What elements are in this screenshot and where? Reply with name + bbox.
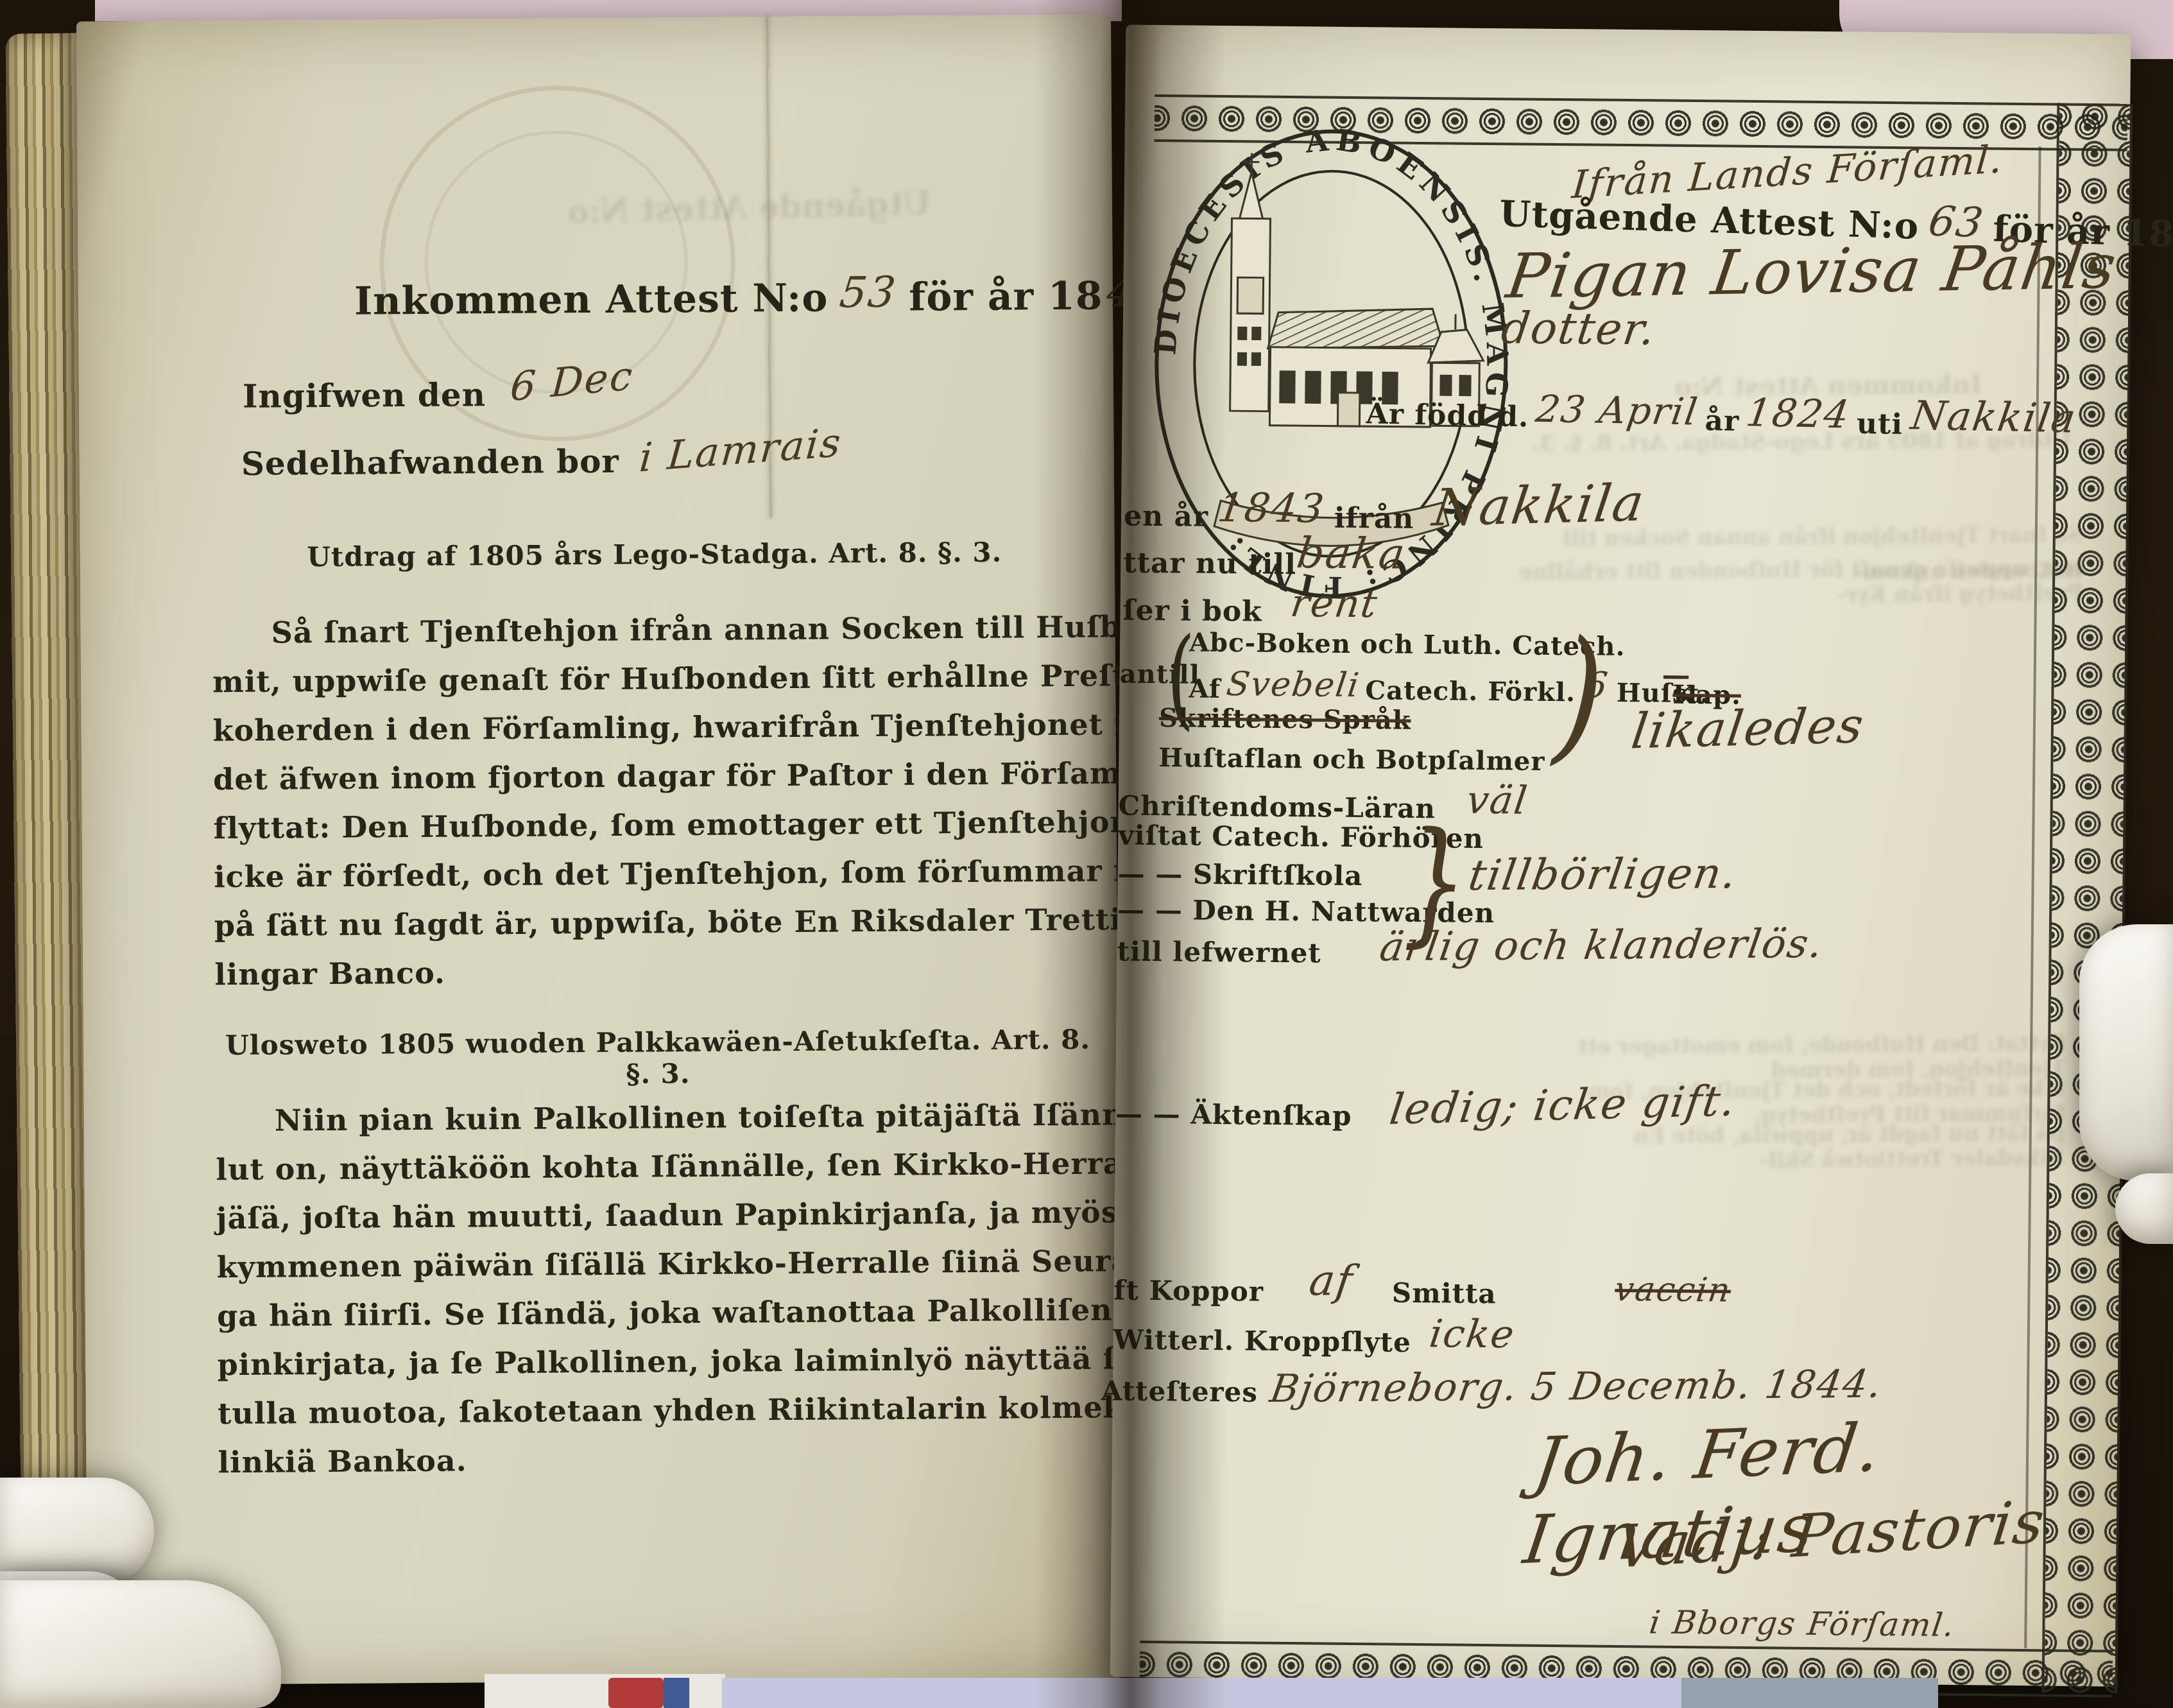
conduct-value-handwritten: ärlig och klanderlös. bbox=[1377, 920, 1827, 970]
table-strip-red-object bbox=[608, 1678, 664, 1708]
defect-value-handwritten: icke bbox=[1427, 1311, 1518, 1357]
right-page: Inkommen Attest N:o Utdrag af 1805 års L… bbox=[1110, 25, 2131, 1687]
finnish-line: ga hän ſiirſi. Se Iſändä, joka waſtanott… bbox=[217, 1286, 1106, 1341]
defect-label: Witterl. Kroppſlyte bbox=[1113, 1324, 1411, 1358]
received-label: Ingifwen den bbox=[243, 375, 486, 415]
swedish-line: icke är förſedt, och det Tjenſtehjon, ſo… bbox=[214, 847, 1103, 902]
holder-line: Sedelhafwanden bor i Lamrais bbox=[241, 433, 841, 485]
moves-value-handwritten: baka bbox=[1294, 528, 1409, 579]
conduct-label: till lefwernet bbox=[1117, 935, 1321, 969]
finnish-line: linkiä Bankoa. bbox=[218, 1432, 1106, 1487]
person-name-line2-handwritten: dotter. bbox=[1499, 303, 1659, 355]
left-title-mid: för år 18 bbox=[909, 274, 1103, 320]
finnish-line: lut on, näyttäköön kohta Iſännälle, ſen … bbox=[216, 1139, 1104, 1195]
left-title-number-handwritten: 53 bbox=[837, 268, 900, 318]
gloved-finger-left-upper bbox=[0, 1478, 154, 1585]
bleedthrough-right-4: mit, uppwiſe genaſt för Huſbonden ſitt e… bbox=[1506, 555, 2084, 610]
holder-label: Sedelhafwanden bor bbox=[241, 442, 619, 483]
finnish-line: kymmenen päiwän ſiſällä Kirkko-Herralle … bbox=[216, 1237, 1105, 1292]
left-title: Inkommen Attest N:o 53 för år 1844 bbox=[354, 270, 1106, 324]
conduct-line: till lefwernet ärlig och klanderlös. bbox=[1117, 923, 1823, 977]
attested-value-handwritten: Björneborg. 5 Decemb. 1844. bbox=[1267, 1362, 1886, 1411]
holder-value-handwritten: i Lamrais bbox=[637, 419, 843, 481]
embossed-stamp-inner bbox=[424, 130, 689, 395]
gloved-finger-right-tip bbox=[2115, 1173, 2173, 1244]
marriage-value-handwritten: ledig; icke gift. bbox=[1387, 1076, 1739, 1134]
book-photo: Utgående Attest N:o Inkommen Attest N:o … bbox=[0, 0, 2173, 1708]
swedish-line: lingar Banco. bbox=[214, 944, 1103, 999]
marriage-line: — — Äktenſkap ledig; icke gift. bbox=[1115, 1083, 1736, 1139]
signature-place-handwritten: i Bborgs Förſaml. bbox=[1647, 1604, 1957, 1644]
knows-item2-author-handwritten: Svebeli bbox=[1224, 665, 1362, 705]
attended-value-handwritten: tillbörligen. bbox=[1465, 849, 1740, 900]
moves-label: ttar nu till bbox=[1123, 547, 1296, 582]
left-title-prefix: Inkommen Attest N:o bbox=[354, 275, 829, 323]
swedish-line: mit, uppwiſe genaſt för Huſbonden ſitt e… bbox=[212, 651, 1101, 707]
knows-note-handwritten: likaledes bbox=[1628, 696, 1868, 759]
born-label3: uti bbox=[1857, 408, 1903, 441]
marriage-label: — — Äktenſkap bbox=[1115, 1098, 1352, 1132]
knows-item3-struck: Skriftenes Språk bbox=[1159, 703, 1411, 736]
person-name-line1-handwritten: Pigan Lovisa Påhls bbox=[1502, 230, 2122, 312]
swedish-line: koherden i den Förſamling, hwarifrån Tje… bbox=[212, 700, 1101, 755]
finnish-line: Niin pian kuin Palkollinen toiſeſta pitä… bbox=[216, 1091, 1104, 1146]
swedish-line: på ſätt nu ſagdt är, uppwiſa, böte En Ri… bbox=[214, 895, 1103, 951]
knows-item4: Huſtaflan och Botpſalmer bbox=[1158, 743, 1545, 777]
table-strip-gray bbox=[1681, 1678, 1938, 1708]
finnish-line: tulla muotoa, ſakotetaan yhden Riikintal… bbox=[218, 1383, 1106, 1438]
finnish-line: jäſä, joſta hän muutti, ſaadun Papinkirj… bbox=[216, 1188, 1105, 1243]
doctrine-label: Chriſtendoms-Läran bbox=[1118, 789, 1436, 824]
table-strip-lavender bbox=[722, 1678, 1681, 1708]
born-year-handwritten: 1824 bbox=[1744, 390, 1853, 437]
knows-item2-prefix: Af bbox=[1189, 674, 1221, 704]
born-label2: år bbox=[1705, 404, 1740, 438]
attested-label: Atteſteres bbox=[1101, 1375, 1258, 1408]
swedish-paragraph: Så ſnart Tjenſtehjon ifrån annan Socken … bbox=[212, 603, 1103, 999]
defect-line: Witterl. Kroppſlyte icke bbox=[1113, 1313, 1515, 1362]
swedish-heading: Utdrag af 1805 års Lego-Stadga. Art. 8. … bbox=[215, 536, 1094, 574]
smallpox-struck-handwritten: vaccin bbox=[1613, 1270, 1734, 1310]
received-line: Ingifwen den 6 Dec bbox=[243, 368, 633, 417]
born-place-handwritten: Nakkila bbox=[1908, 392, 2079, 442]
smallpox-hw-handwritten: af bbox=[1306, 1255, 1356, 1306]
came-place-handwritten: Nakkila bbox=[1430, 473, 1649, 538]
smallpox-line: ft Koppor af Smitta vaccin bbox=[1113, 1260, 1731, 1315]
came-label1: en år bbox=[1124, 500, 1208, 533]
swedish-line: det äfwen inom fjorton dagar för Paſtor … bbox=[213, 749, 1102, 804]
smallpox-label2: Smitta bbox=[1392, 1277, 1497, 1310]
knows-item2-mid: Catech. Förkl. bbox=[1365, 675, 1576, 707]
left-page: Utgående Attest N:o Inkommen Attest N:o … bbox=[76, 14, 1122, 1685]
attended-line2: — — Skriftſkola bbox=[1117, 858, 1362, 892]
came-year-handwritten: 1843 bbox=[1215, 484, 1327, 532]
gloved-hand-bottom-left bbox=[0, 1580, 281, 1708]
born-label1: Är född d. bbox=[1366, 397, 1529, 433]
moves-line: ttar nu tillbaka bbox=[1123, 533, 1406, 585]
finnish-heading: Ulosweto 1805 wuoden Palkkawäen-Aſetukſe… bbox=[218, 1024, 1098, 1093]
reads-value-handwritten: rent bbox=[1288, 581, 1380, 626]
smallpox-label1: ft Koppor bbox=[1113, 1274, 1264, 1307]
reads-line: ſer i bok rent bbox=[1122, 585, 1378, 632]
born-date-handwritten: 23 April bbox=[1533, 387, 1701, 434]
table-strip-blue-object bbox=[664, 1678, 689, 1708]
swedish-line: Så ſnart Tjenſtehjon ifrån annan Socken … bbox=[212, 603, 1101, 658]
gloved-finger-right bbox=[2079, 924, 2173, 1181]
doctrine-value-handwritten: väl bbox=[1464, 778, 1531, 824]
attested-line: Atteſteres Björneborg. 5 Decemb. 1844. bbox=[1101, 1365, 1882, 1417]
finnish-paragraph: Niin pian kuin Palkollinen toiſeſta pitä… bbox=[216, 1091, 1107, 1487]
finnish-line: pinkirjata, ja ſe Palkollinen, joka laim… bbox=[217, 1334, 1106, 1390]
swedish-line: flyttat: Den Huſbonde, ſom emottager ett… bbox=[213, 798, 1102, 853]
